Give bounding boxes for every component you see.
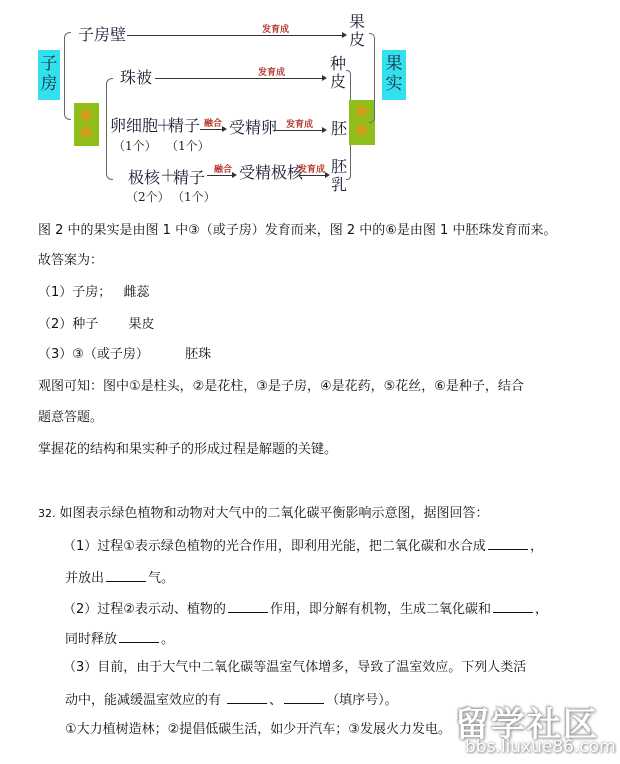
fruit-char-2: 实 — [386, 75, 403, 95]
endosperm-char-2: 乳 — [331, 176, 347, 194]
q1-line-1: （1）过程①表示绿色植物的光合作用，即利用光能，把二氧化碳和水合成， — [63, 537, 543, 555]
blurred-label-blob — [357, 125, 367, 135]
q2-line-1: （2）过程②表示动、植物的作用，即分解有机物，生成二氧化碳和， — [63, 600, 548, 618]
answer-2: （2）种子 果皮 — [38, 317, 154, 333]
blurred-label-blob — [81, 110, 91, 120]
analysis-line-1: 观图可知：图中①是柱头，②是花柱，③是子房，④是花药，⑤花丝，⑥是种子，结合 — [38, 379, 524, 395]
q1-text: （1）过程①表示绿色植物的光合作用，即利用光能，把二氧化碳和水合成 — [63, 539, 486, 554]
fruit-bracket — [369, 33, 375, 123]
fuse-label-1: 融合 — [204, 116, 222, 129]
endosperm-label: 胚 乳 — [331, 158, 347, 193]
q2-line-2: 同时释放。 — [65, 630, 174, 648]
answer-heading: 故答案为： — [38, 253, 103, 269]
q1-blank-1[interactable] — [488, 537, 528, 550]
answer-3-a: ③（或子房） — [72, 347, 149, 362]
q3-blank-2[interactable] — [284, 691, 324, 704]
q3-line2-end: （填序号）。 — [326, 693, 398, 708]
answer-2-num: （2） — [38, 317, 72, 332]
develops-into-label-1: 发育成 — [262, 22, 289, 35]
q2-text-1: （2）过程②表示动、植物的 — [63, 602, 226, 617]
polar-nuclei-label: 极核 — [128, 170, 160, 186]
egg-count: （1个） — [113, 140, 157, 152]
fuse-arrow-1 — [200, 129, 225, 130]
ovule-box-left — [74, 103, 99, 146]
pericarp-char-1: 果 — [349, 13, 365, 31]
polar-arrow — [298, 175, 328, 176]
q1-comma: ， — [530, 539, 543, 554]
seed-coat-char-1: 种 — [330, 55, 346, 73]
answer-1-a: 子房； — [72, 285, 111, 300]
endosperm-char-1: 胚 — [331, 158, 347, 176]
zygote-label: 受精卵 — [229, 120, 277, 136]
answer-2-b: 果皮 — [128, 317, 154, 332]
fuse-arrow-2 — [207, 175, 235, 176]
integument-arrow — [155, 78, 325, 79]
develops-into-label-2: 发育成 — [258, 65, 285, 78]
answer-3: （3）③（或子房） 胚珠 — [38, 347, 211, 363]
watermark-logo: 留学社区 — [455, 697, 599, 746]
answer-2-a: 种子 — [72, 317, 98, 332]
q2-blank-1[interactable] — [228, 600, 268, 613]
develops-into-label-3: 发育成 — [286, 117, 313, 130]
q2-line2-end: 。 — [161, 632, 174, 647]
question-stem-text: 如图表示绿色植物和动物对大气中的二氧化碳平衡影响示意图，据图回答： — [60, 506, 489, 521]
explanation-line: 图 2 中的果实是由图 1 中③（或子房）发育而来，图 2 中的⑥是由图 1 中… — [38, 223, 556, 239]
fruit-char-1: 果 — [386, 55, 403, 75]
pericarp-char-2: 皮 — [349, 31, 365, 49]
polar-count: （2个） — [126, 191, 170, 203]
q3-separator: 、 — [269, 693, 282, 708]
ovary-box: 子 房 — [38, 50, 60, 100]
q3-blank-1[interactable] — [227, 691, 267, 704]
answer-3-num: （3） — [38, 347, 72, 362]
seed-coat-char-2: 皮 — [330, 73, 346, 91]
site-watermark: 留学社区 bbs.liuxue86.com — [455, 697, 620, 764]
sperm-count-2: （1个） — [172, 191, 216, 203]
fruit-box: 果 实 — [382, 50, 406, 100]
q1-line2-text: 并放出 — [65, 571, 104, 586]
q1-line-2: 并放出气。 — [65, 569, 174, 587]
q1-blank-2[interactable] — [106, 569, 146, 582]
q1-line2-end: 气。 — [148, 571, 174, 586]
analysis-line-2: 题意答题。 — [38, 410, 103, 426]
blurred-label-blob — [357, 106, 367, 116]
watermark-url: bbs.liuxue86.com — [465, 737, 616, 757]
key-point: 掌握花的结构和果实种子的形成过程是解题的关键。 — [38, 442, 337, 458]
q2-text-2: 作用，即分解有机物，生成二氧化碳和 — [270, 602, 491, 617]
integument-label: 珠被 — [120, 70, 152, 86]
sperm-count-1: （1个） — [166, 140, 210, 152]
ovary-char-1: 子 — [41, 55, 58, 75]
sperm-label: 精子 — [168, 118, 200, 134]
fuse-label-2: 融合 — [214, 162, 232, 175]
answer-1-b: 雌蕊 — [123, 285, 149, 300]
q3-line2-text: 动中，能减缓温室效应的有 — [65, 693, 225, 708]
q3-line-2: 动中，能减缓温室效应的有 、（填序号）。 — [65, 691, 398, 709]
ovary-wall-arrow — [127, 35, 345, 36]
q3-line-1: （3）目前，由于大气中二氧化碳等温室气体增多，导致了温室效应。下列人类活 — [63, 660, 526, 676]
question-stem: 32.如图表示绿色植物和动物对大气中的二氧化碳平衡影响示意图，据图回答： — [38, 506, 489, 522]
zygote-arrow — [275, 130, 325, 131]
fruit-formation-diagram: 子 房 子房壁 发育成 果 皮 珠被 发育成 种 皮 卵细胞 ＋ 精子 （1个）… — [0, 0, 420, 215]
answer-1: （1）子房； 雌蕊 — [38, 285, 149, 301]
question-number: 32. — [38, 507, 56, 520]
q2-line2-text: 同时释放 — [65, 632, 117, 647]
ovary-bracket — [64, 32, 71, 120]
q3-options: ①大力植树造林；②提倡低碳生活，如少开汽车；③发展火力发电。 — [65, 722, 451, 738]
answer-1-num: （1） — [38, 285, 72, 300]
blurred-label-blob — [81, 127, 91, 137]
ovary-char-2: 房 — [41, 75, 58, 95]
egg-cell-label: 卵细胞 — [110, 118, 158, 134]
fertilized-polar-nuclei-label: 受精极核 — [239, 165, 303, 181]
develops-into-label-4: 发育成 — [298, 162, 325, 175]
embryo-label: 胚 — [331, 121, 347, 137]
ovary-wall-label: 子房壁 — [78, 27, 126, 43]
seed-coat-label: 种 皮 — [330, 55, 346, 90]
answer-3-b: 胚珠 — [185, 347, 211, 362]
q2-blank-2[interactable] — [493, 600, 533, 613]
q2-blank-3[interactable] — [119, 630, 159, 643]
pericarp-label: 果 皮 — [349, 13, 365, 48]
q2-comma: ， — [535, 602, 548, 617]
sperm-label-2: 精子 — [173, 170, 205, 186]
